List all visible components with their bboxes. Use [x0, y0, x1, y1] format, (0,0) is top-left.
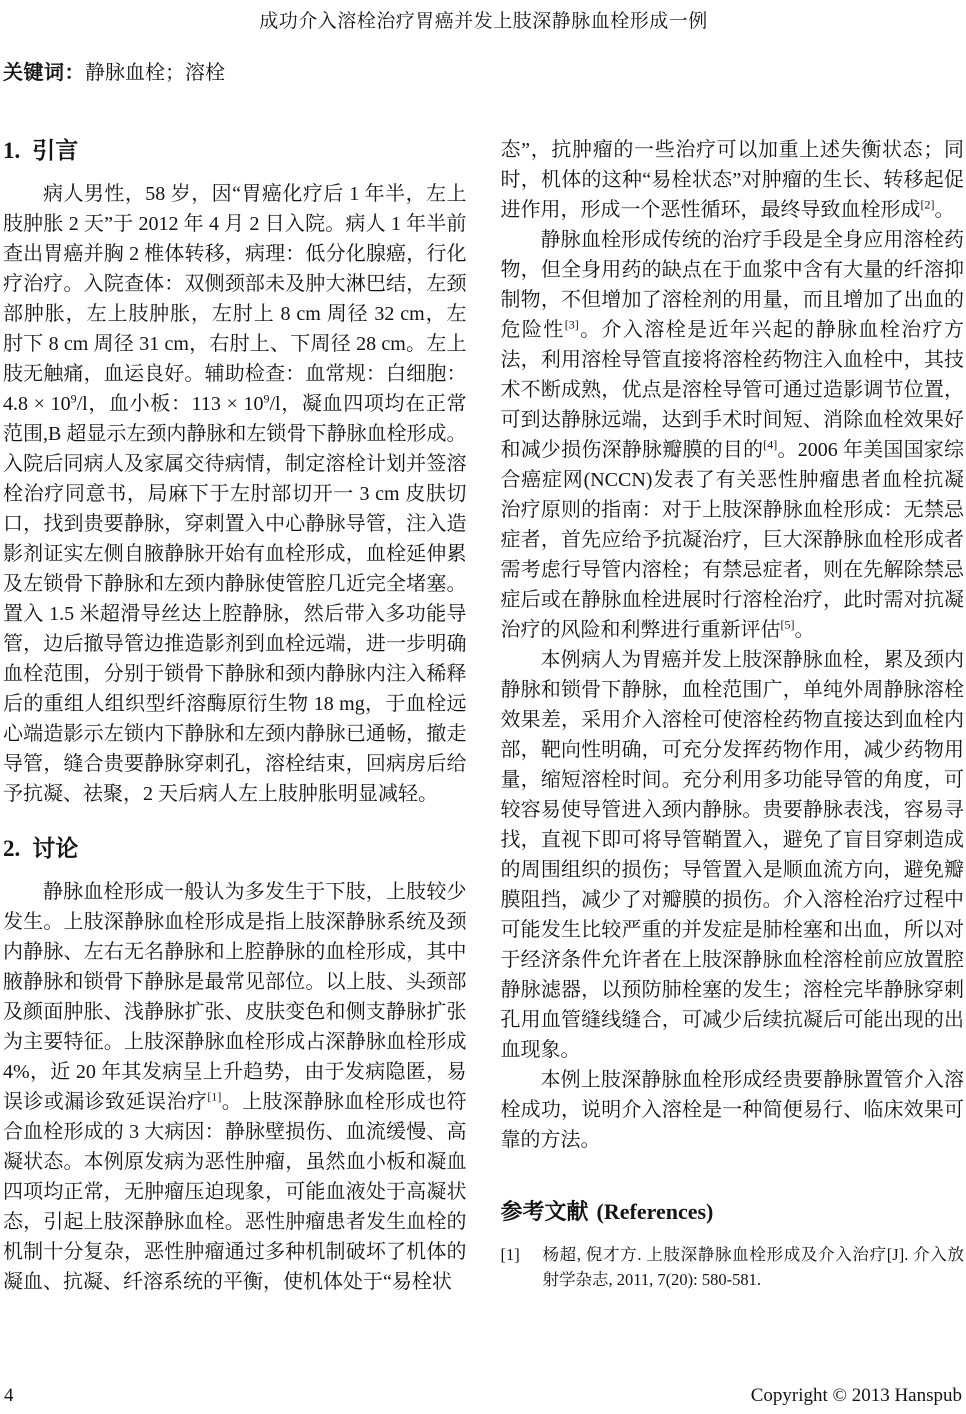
section-label-discussion: 讨论 — [32, 835, 78, 861]
left-column: 1.引言 病人男性，58 岁，因“胃癌化疗后 1 年半，左上肢肿胀 2 天”于 … — [3, 135, 467, 1297]
section-number-intro: 1. — [3, 138, 20, 163]
intro-paragraph: 病人男性，58 岁，因“胃癌化疗后 1 年半，左上肢肿胀 2 天”于 2012 … — [3, 179, 467, 809]
keywords-text: 静脉血栓；溶栓 — [85, 62, 225, 84]
paper-page: 成功介入溶栓治疗胃癌并发上肢深静脉血栓形成一例 关键词：静脉血栓；溶栓 1.引言… — [0, 0, 966, 1414]
running-title: 成功介入溶栓治疗胃癌并发上肢深静脉血栓形成一例 — [3, 10, 964, 34]
references-heading-en: (References) — [597, 1199, 714, 1224]
footer-page-number: 4 — [4, 1385, 14, 1407]
footer-copyright-notice: Copyright © 2013 Hanspub — [751, 1385, 962, 1407]
two-column-body: 1.引言 病人男性，58 岁，因“胃癌化疗后 1 年半，左上肢肿胀 2 天”于 … — [3, 135, 964, 1297]
section-heading-intro: 1.引言 — [3, 135, 467, 166]
section-number-discussion: 2. — [3, 836, 20, 861]
references-heading: 参考文献(References) — [501, 1197, 965, 1227]
section-heading-discussion: 2.讨论 — [3, 833, 467, 864]
reference-item: [1] 杨超, 倪才方. 上肢深静脉血栓形成及介入治疗[J]. 介入放射学杂志,… — [501, 1242, 965, 1292]
reference-label: [1] — [501, 1242, 543, 1292]
discussion-paragraph-case: 本例病人为胃癌并发上肢深静脉血栓，累及颈内静脉和锁骨下静脉，血栓范围广，单纯外周… — [501, 645, 965, 1065]
discussion-paragraph-treatment: 静脉血栓形成传统的治疗手段是全身应用溶栓药物，但全身用药的缺点在于血浆中含有大量… — [501, 225, 965, 645]
discussion-paragraph-conclusion: 本例上肢深静脉血栓形成经贵要静脉置管介入溶栓成功，说明介入溶栓是一种简便易行、临… — [501, 1065, 965, 1155]
keywords-line: 关键词：静脉血栓；溶栓 — [3, 60, 964, 87]
discussion-paragraph-left: 静脉血栓形成一般认为多发生于下肢，上肢较少发生。上肢深静脉血栓形成是指上肢深静脉… — [3, 877, 467, 1297]
references-heading-zh: 参考文献 — [501, 1199, 589, 1224]
discussion-paragraph-continuation: 态”，抗肿瘤的一些治疗可以加重上述失衡状态；同时，机体的这种“易栓状态”对肿瘤的… — [501, 135, 965, 225]
keywords-label: 关键词： — [3, 62, 85, 84]
right-column: 态”，抗肿瘤的一些治疗可以加重上述失衡状态；同时，机体的这种“易栓状态”对肿瘤的… — [501, 135, 965, 1297]
reference-text: 杨超, 倪才方. 上肢深静脉血栓形成及介入治疗[J]. 介入放射学杂志, 201… — [543, 1242, 965, 1292]
section-label-intro: 引言 — [32, 137, 78, 163]
